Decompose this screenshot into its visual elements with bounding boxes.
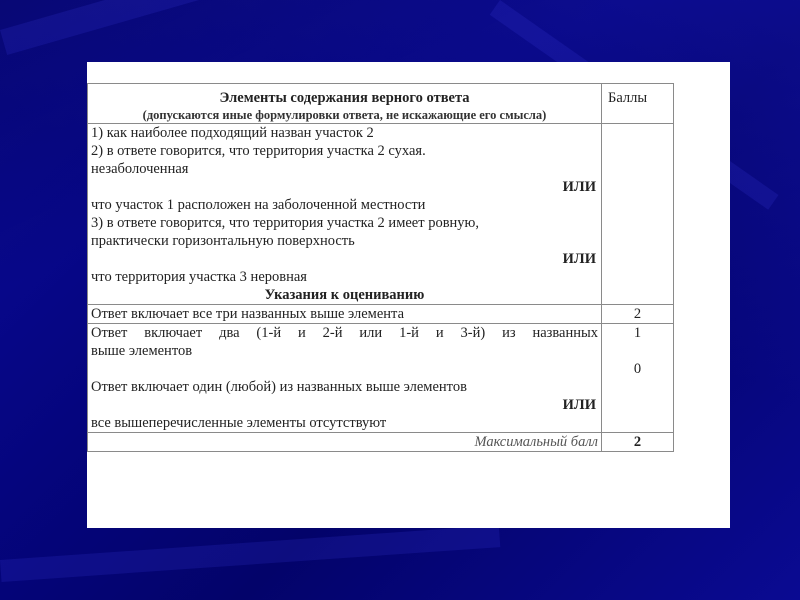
or-separator: ИЛИ: [91, 250, 598, 268]
header-subtitle: (допускаются иные формулировки ответа, н…: [91, 107, 598, 123]
content-panel: Элементы содержания верного ответа (допу…: [87, 62, 730, 528]
answer-element-line: 3) в ответе говорится, что территория уч…: [91, 214, 598, 232]
answer-element-line: незаболоченная: [91, 160, 598, 178]
criterion-row: Ответ включает два (1-й и 2-й или 1-й и …: [88, 324, 674, 433]
or-separator: ИЛИ: [91, 178, 598, 196]
criterion-text-cell: Ответ включает все три названных выше эл…: [88, 305, 602, 324]
criterion-line: Ответ включает один (любой) из названных…: [91, 378, 598, 396]
header-elements-cell: Элементы содержания верного ответа (допу…: [88, 84, 602, 124]
table-header-row: Элементы содержания верного ответа (допу…: [88, 84, 674, 124]
criterion-score: 1: [605, 324, 670, 342]
criterion-score: 0: [605, 360, 670, 378]
criterion-line: все вышеперечисленные элементы отсутству…: [91, 414, 598, 432]
spacer: [605, 342, 670, 360]
max-score-row: Максимальный балл 2: [88, 433, 674, 452]
answer-element-line: 1) как наиболее подходящий назван участо…: [91, 124, 598, 142]
or-separator: ИЛИ: [91, 396, 598, 414]
scoring-table: Элементы содержания верного ответа (допу…: [87, 83, 674, 452]
criterion-score: 2: [602, 305, 674, 324]
answer-elements-cell: 1) как наиболее подходящий назван участо…: [88, 124, 602, 305]
answer-element-line: 2) в ответе говорится, что территория уч…: [91, 142, 598, 160]
criterion-line: выше элементов: [91, 342, 598, 360]
header-score-cell: Баллы: [602, 84, 674, 124]
criterion-line: Ответ включает все три названных выше эл…: [91, 305, 598, 323]
spacer: [91, 360, 598, 378]
answer-element-line: что участок 1 расположен на заболоченной…: [91, 196, 598, 214]
max-score-value: 2: [602, 433, 674, 452]
answer-element-line: что территория участка 3 неровная: [91, 268, 598, 286]
answer-elements-score-cell: [602, 124, 674, 305]
answer-element-line: практически горизонтальную поверхность: [91, 232, 598, 250]
criterion-score-cell: 1 0: [602, 324, 674, 433]
answer-elements-row: 1) как наиболее подходящий назван участо…: [88, 124, 674, 305]
max-score-label: Максимальный балл: [88, 433, 602, 452]
criterion-line: Ответ включает два (1-й и 2-й или 1-й и …: [91, 324, 598, 342]
criterion-row: Ответ включает все три названных выше эл…: [88, 305, 674, 324]
criterion-text-cell: Ответ включает два (1-й и 2-й или 1-й и …: [88, 324, 602, 433]
guidance-title: Указания к оцениванию: [91, 286, 598, 304]
header-title: Элементы содержания верного ответа: [91, 89, 598, 107]
